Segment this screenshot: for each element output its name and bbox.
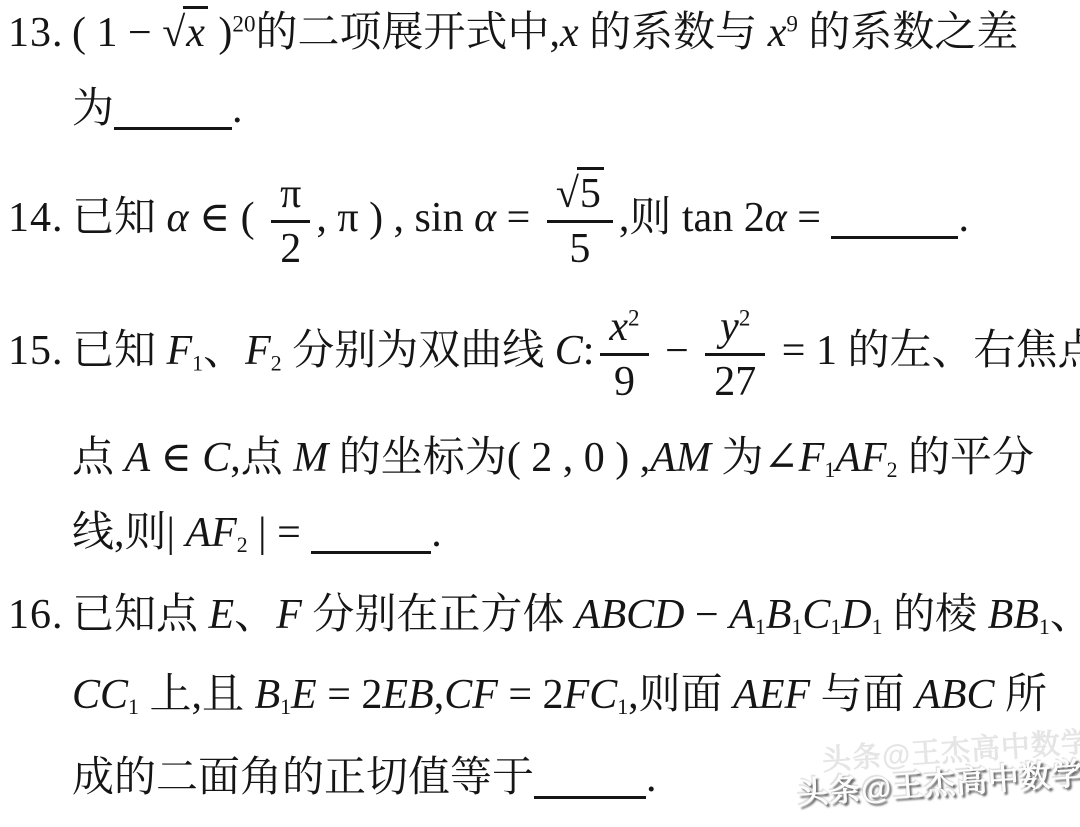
math-seg-m: π <box>280 171 301 217</box>
math-seg-m: = 2 <box>317 672 383 718</box>
math-seg-sub: 1 <box>791 615 802 639</box>
math-seg-sub: 1 <box>872 615 883 639</box>
math-seg-sub: 1 <box>1039 615 1050 639</box>
math-seg-sup: 2 <box>628 305 640 331</box>
math-seg-it: AM <box>650 435 711 481</box>
radical-sign: √ <box>162 10 183 56</box>
math-seg-cn: ,则面 <box>628 672 733 718</box>
math-seg-sub: 2 <box>237 533 248 557</box>
math-seg-cn: 与面 <box>810 672 915 718</box>
math-seg-it: F <box>276 592 302 638</box>
question-15-line-3: 线,则| AF2 | = . <box>72 505 442 561</box>
fraction-numerator: √5 <box>547 170 613 223</box>
question-16-line-2: CC1 上,且 B1E = 2EB,CF = 2FC1,则面 AEF 与面 AB… <box>72 667 1047 723</box>
math-seg-it: ABC <box>915 672 994 718</box>
math-seg-frac: x29 <box>600 303 648 406</box>
math-seg-sup: 2 <box>739 305 751 331</box>
math-seg-m: : <box>583 328 595 374</box>
math-seg-cn: 分别在正方体 <box>302 592 575 638</box>
math-seg-it: x <box>560 10 579 56</box>
math-seg-frac: y227 <box>705 303 765 406</box>
math-seg-it: α <box>474 195 496 241</box>
math-seg-sub: 1 <box>830 615 841 639</box>
fraction-denominator: 9 <box>600 356 648 406</box>
math-seg-frac: √55 <box>547 170 613 273</box>
math-seg-cn: 分别为双曲线 <box>282 328 555 374</box>
math-seg-it: F <box>799 435 825 481</box>
math-seg-cn: 已知点 <box>72 592 209 638</box>
math-seg-it: C <box>802 592 830 638</box>
math-seg-it: BB <box>988 592 1039 638</box>
radical-sign: √ <box>556 171 577 217</box>
math-seg-sub: 2 <box>271 351 282 375</box>
math-seg-cn: 、 <box>234 592 276 638</box>
math-seg-m: − <box>655 328 700 374</box>
math-seg-it: CF <box>444 672 498 718</box>
question-number: 13. <box>8 5 72 61</box>
math-seg-sub: 1 <box>128 695 139 719</box>
math-seg-m: , π ) , sin <box>316 195 474 241</box>
question-number: 15. <box>8 323 72 379</box>
answer-blank <box>831 236 958 239</box>
math-seg-cn: 点 <box>72 435 125 481</box>
math-seg-it: E <box>291 672 317 718</box>
math-seg-sqrt: √x <box>162 6 208 56</box>
math-seg-sqrt: √5 <box>556 167 604 217</box>
math-seg-cn: ,点 <box>230 435 293 481</box>
math-seg-cn: , <box>434 672 445 718</box>
math-seg-m: ( 2 , 0 ) , <box>507 435 650 481</box>
math-seg-cn: 的左、右焦点, <box>837 328 1080 374</box>
math-seg-it: F <box>167 328 193 374</box>
math-seg-sup: 20 <box>232 11 255 37</box>
math-seg-m: . <box>431 510 442 556</box>
math-seg-cn: 已知 <box>72 328 167 374</box>
math-seg-m: ( 1 − <box>72 10 162 56</box>
math-seg-cn: 、 <box>1050 592 1080 638</box>
question-number: 16. <box>8 587 72 643</box>
math-seg-m: = <box>496 195 541 241</box>
math-seg-m: ∠ <box>763 435 798 481</box>
math-seg-m: 27 <box>714 359 756 405</box>
math-seg-it: α <box>167 195 189 241</box>
math-seg-cn: 为 <box>711 435 764 481</box>
math-seg-it: B <box>254 672 280 718</box>
math-seg-it: F <box>245 328 271 374</box>
math-seg-sub: 2 <box>887 458 898 482</box>
question-13-line-1: 13.( 1 − √x )20的二项展开式中,x 的系数与 x9 的系数之差 <box>8 5 1018 61</box>
math-seg-cn: 的平分 <box>897 435 1034 481</box>
radicand: x <box>183 6 208 56</box>
math-seg-cn: 的棱 <box>883 592 988 638</box>
math-seg-it: D <box>841 592 871 638</box>
fraction-numerator: y2 <box>705 303 765 356</box>
math-seg-m: 2 <box>280 226 301 272</box>
math-seg-m: | <box>167 510 186 556</box>
math-seg-it: C <box>555 328 583 374</box>
question-13-line-2: 为. <box>72 81 243 137</box>
math-seg-it: EB <box>382 672 433 718</box>
math-seg-it: C <box>202 435 230 481</box>
math-seg-cn: 的坐标为 <box>328 435 507 481</box>
question-16-line-3: 成的二面角的正切值等于. <box>72 750 657 806</box>
exam-page-body: { "page": { "background": "#ffffff", "in… <box>0 0 1080 827</box>
math-seg-cn: 的二项展开式中, <box>256 10 561 56</box>
math-seg-m: . <box>232 86 243 132</box>
math-seg-sub: 1 <box>617 695 628 719</box>
math-seg-sub: 1 <box>192 351 203 375</box>
math-seg-cn: 为 <box>72 86 114 132</box>
math-seg-cn: 已知 <box>72 195 167 241</box>
fraction-denominator: 2 <box>271 223 310 273</box>
answer-blank <box>311 551 431 554</box>
math-seg-it: α <box>765 195 787 241</box>
math-seg-m: 5 <box>569 226 590 272</box>
math-seg-m: = <box>787 195 832 241</box>
math-seg-m: = 2 <box>498 672 564 718</box>
fraction-denominator: 5 <box>547 223 613 273</box>
fraction-numerator: x2 <box>600 303 648 356</box>
fraction-denominator: 27 <box>705 356 765 406</box>
math-seg-it: x <box>768 10 787 56</box>
math-seg-m: − <box>685 592 730 638</box>
math-seg-it: E <box>209 592 235 638</box>
math-seg-m: ) <box>208 10 233 56</box>
math-seg-m: . <box>646 755 657 801</box>
math-seg-it: ABCD <box>575 592 685 638</box>
math-seg-sub: 1 <box>824 458 835 482</box>
math-seg-m: ∈ ( <box>189 195 266 241</box>
answer-blank <box>534 796 646 799</box>
math-seg-sub: 1 <box>280 695 291 719</box>
math-seg-cn: 成的二面角的正切值等于 <box>72 755 534 801</box>
math-seg-cn: 所 <box>994 672 1047 718</box>
math-seg-sub: 1 <box>755 615 766 639</box>
question-14-line-1: 14.已知 α ∈ ( π2, π ) , sin α = √55,则 tan … <box>8 170 969 273</box>
math-seg-m: ∈ <box>150 435 202 481</box>
math-seg-it: CC <box>72 672 128 718</box>
math-seg-it: B <box>766 592 792 638</box>
math-seg-cn: 的系数之差 <box>798 10 1019 56</box>
math-seg-cn: 、 <box>203 328 245 374</box>
answer-blank <box>114 127 232 130</box>
math-seg-sup: 9 <box>786 11 798 37</box>
question-number: 14. <box>8 190 72 246</box>
math-seg-it: AEF <box>733 672 810 718</box>
math-seg-it: y <box>720 304 739 350</box>
fraction-numerator: π <box>271 170 310 223</box>
question-15-line-2: 点 A ∈ C,点 M 的坐标为( 2 , 0 ) ,AM 为∠F1AF2 的平… <box>72 430 1034 486</box>
math-seg-cn: 上,且 <box>139 672 255 718</box>
math-seg-it: M <box>293 435 328 481</box>
radicand: 5 <box>577 167 604 217</box>
exam-page: 头条@王杰高中数学 头条@王杰高中数学 13.( 1 − √x )20的二项展开… <box>0 0 1080 827</box>
math-seg-it: FC <box>564 672 618 718</box>
math-seg-cn: 线,则 <box>72 510 167 556</box>
math-seg-it: AF <box>185 510 236 556</box>
math-seg-it: A <box>125 435 151 481</box>
math-seg-it: A <box>729 592 755 638</box>
math-seg-cn: 的系数与 <box>579 10 768 56</box>
math-seg-frac: π2 <box>271 170 310 273</box>
math-seg-m: = 1 <box>771 328 837 374</box>
math-seg-cn: ,则 <box>619 195 682 241</box>
math-seg-m: 9 <box>614 359 635 405</box>
question-16-line-1: 16.已知点 E、F 分别在正方体 ABCD − A1B1C1D1 的棱 BB1… <box>8 587 1080 643</box>
math-seg-it: AF <box>835 435 886 481</box>
math-seg-it: x <box>609 304 628 350</box>
math-seg-m: | = <box>248 510 312 556</box>
math-seg-m: . <box>958 195 969 241</box>
math-seg-m: tan 2 <box>682 195 765 241</box>
question-15-line-1: 15.已知 F1、F2 分别为双曲线 C:x29 − y227 = 1 的左、右… <box>8 303 1080 406</box>
